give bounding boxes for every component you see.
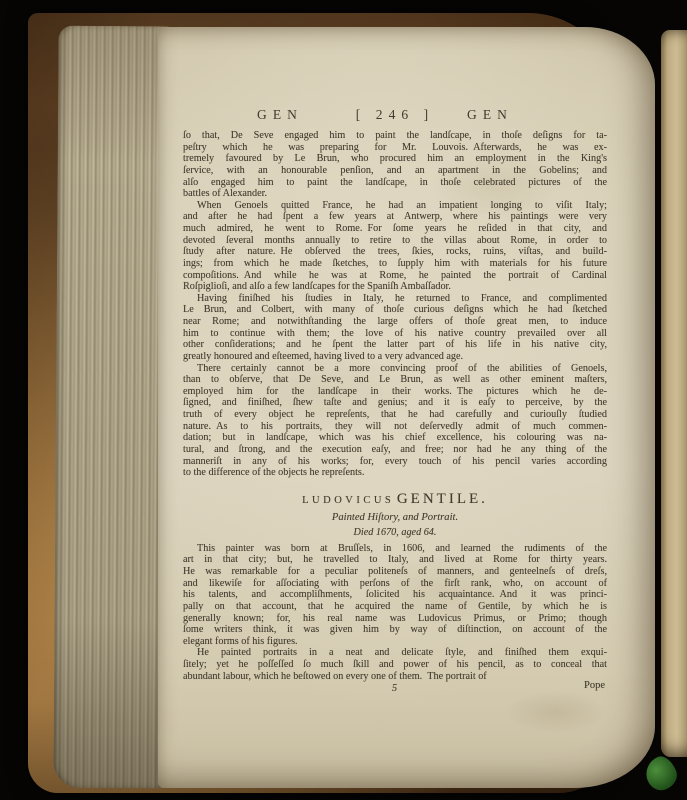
text-line: manneriſt in any of his works; for, ever…: [183, 456, 607, 468]
text-line: and likewiſe for aſſociating with perſon…: [183, 578, 607, 590]
article-genoels-text: ſo that, De Seve engaged him to paint th…: [183, 130, 607, 479]
heading-forename: LUDOVICUS: [302, 495, 394, 506]
text-line: greatly honoured and eſteemed, having li…: [183, 351, 607, 363]
text-line: and after he had ſpent a few years at An…: [183, 211, 607, 223]
book-page: GEN [ 246 ] GEN ſo that, De Seve engaged…: [158, 27, 655, 788]
text-line: tremely favoured by Le Brun, who procure…: [183, 153, 607, 165]
text-line: abundant labour, which he beſtowed on ev…: [183, 671, 607, 683]
paragraph: When Genoels quitted France, he had an i…: [183, 200, 607, 293]
article-heading-gentile: LUDOVICUS GENTILE.: [183, 491, 607, 509]
article-gentile-text: This painter was born at Bruſſels, in 16…: [183, 543, 607, 683]
running-header-right: GEN: [467, 107, 513, 123]
catchword: Pope: [584, 680, 605, 692]
facing-page-edge: [661, 30, 687, 757]
page-number: [ 246 ]: [356, 107, 435, 123]
text-line: than to obſerve, that De Seve, and Le Br…: [183, 374, 607, 386]
paragraph: This painter was born at Bruſſels, in 16…: [183, 543, 607, 648]
paragraph: ſo that, De Seve engaged him to paint th…: [183, 130, 607, 200]
scanned-book-photo: GEN [ 246 ] GEN ſo that, De Seve engaged…: [0, 0, 687, 800]
text-line: peſtry which he was preparing for Mr. Lo…: [183, 142, 607, 154]
article-subtitle: Painted Hiſtory, and Portrait.: [183, 511, 607, 524]
text-line: dation; but in landſcape, which was his …: [183, 432, 607, 444]
text-line: This painter was born at Bruſſels, in 16…: [183, 543, 607, 555]
green-bookmark-leaf: [641, 753, 681, 795]
text-line: elegant forms of his figures.: [183, 636, 607, 648]
text-line: pally on that account, that he acquired …: [183, 601, 607, 613]
text-line: generally known; for, his real name was …: [183, 613, 607, 625]
text-line: ſervice, with an honourable penſion, and…: [183, 165, 607, 177]
text-line: He painted portraits in a neat and delic…: [183, 647, 607, 659]
text-line: Roſpiglioſi, and alſo a few landſcapes f…: [183, 281, 607, 293]
text-line: his talents, and accompliſhments, ſolici…: [183, 589, 607, 601]
text-line: other conſiderations; and he ſpent the l…: [183, 339, 607, 351]
text-line: ſome writers think, it was given him by …: [183, 624, 607, 636]
text-line: ſtudy after nature. He obſerved the tree…: [183, 246, 607, 258]
running-header: GEN [ 246 ] GEN: [183, 107, 607, 124]
text-line: ſo that, De Seve engaged him to paint th…: [183, 130, 607, 142]
paragraph: There certainly cannot be a more convinc…: [183, 363, 607, 479]
text-line: battles of Alexander.: [183, 188, 607, 200]
running-header-left: GEN: [257, 107, 303, 123]
text-line: employed him for the landſcape in their …: [183, 386, 607, 398]
text-line: compoſitions. And while he was at Rome, …: [183, 270, 607, 282]
text-line: him to continue with them; the love of h…: [183, 328, 607, 340]
paragraph: Having finiſhed his ſtudies in Italy, he…: [183, 293, 607, 363]
signature-mark: 5: [392, 683, 397, 695]
heading-surname: GENTILE.: [397, 491, 488, 507]
text-line: to the difference of the objects he repr…: [183, 467, 607, 479]
page-footer: 5 Pope: [183, 683, 607, 697]
text-line: Le Brun, and Colbert, with many of thoſe…: [183, 304, 607, 316]
text-line: tural, and ſtrong, and the execution eaſ…: [183, 444, 607, 456]
text-line: There certainly cannot be a more convinc…: [183, 363, 607, 375]
text-line: ſitely; yet he poſſeſſed ſo much ſkill a…: [183, 659, 607, 671]
text-line: Having finiſhed his ſtudies in Italy, he…: [183, 293, 607, 305]
text-line: He was remarkable for a peculiar politen…: [183, 566, 607, 578]
text-line: much admired, he went to Rome. For ſome …: [183, 223, 607, 235]
text-line: near Rome; and notwithſtanding the large…: [183, 316, 607, 328]
text-line: nature. As to his portraits, they will n…: [183, 421, 607, 433]
text-line: devoted ſeveral months annually to retir…: [183, 235, 607, 247]
text-line: ſigned, and finiſhed, ſhew taſte and gen…: [183, 397, 607, 409]
page-text-column: ſo that, De Seve engaged him to paint th…: [183, 130, 607, 697]
text-line: art in that city; but, he travelled to I…: [183, 554, 607, 566]
death-date-line: Died 1670, aged 64.: [183, 527, 607, 539]
text-line: truth of every object he repreſents, tha…: [183, 409, 607, 421]
text-line: ings; from which he made ſketches, to ſu…: [183, 258, 607, 270]
page-edges-stack: [53, 26, 168, 789]
text-line: alſo engaged him to paint the landſcape,…: [183, 177, 607, 189]
text-line: When Genoels quitted France, he had an i…: [183, 200, 607, 212]
paragraph: He painted portraits in a neat and delic…: [183, 647, 607, 682]
